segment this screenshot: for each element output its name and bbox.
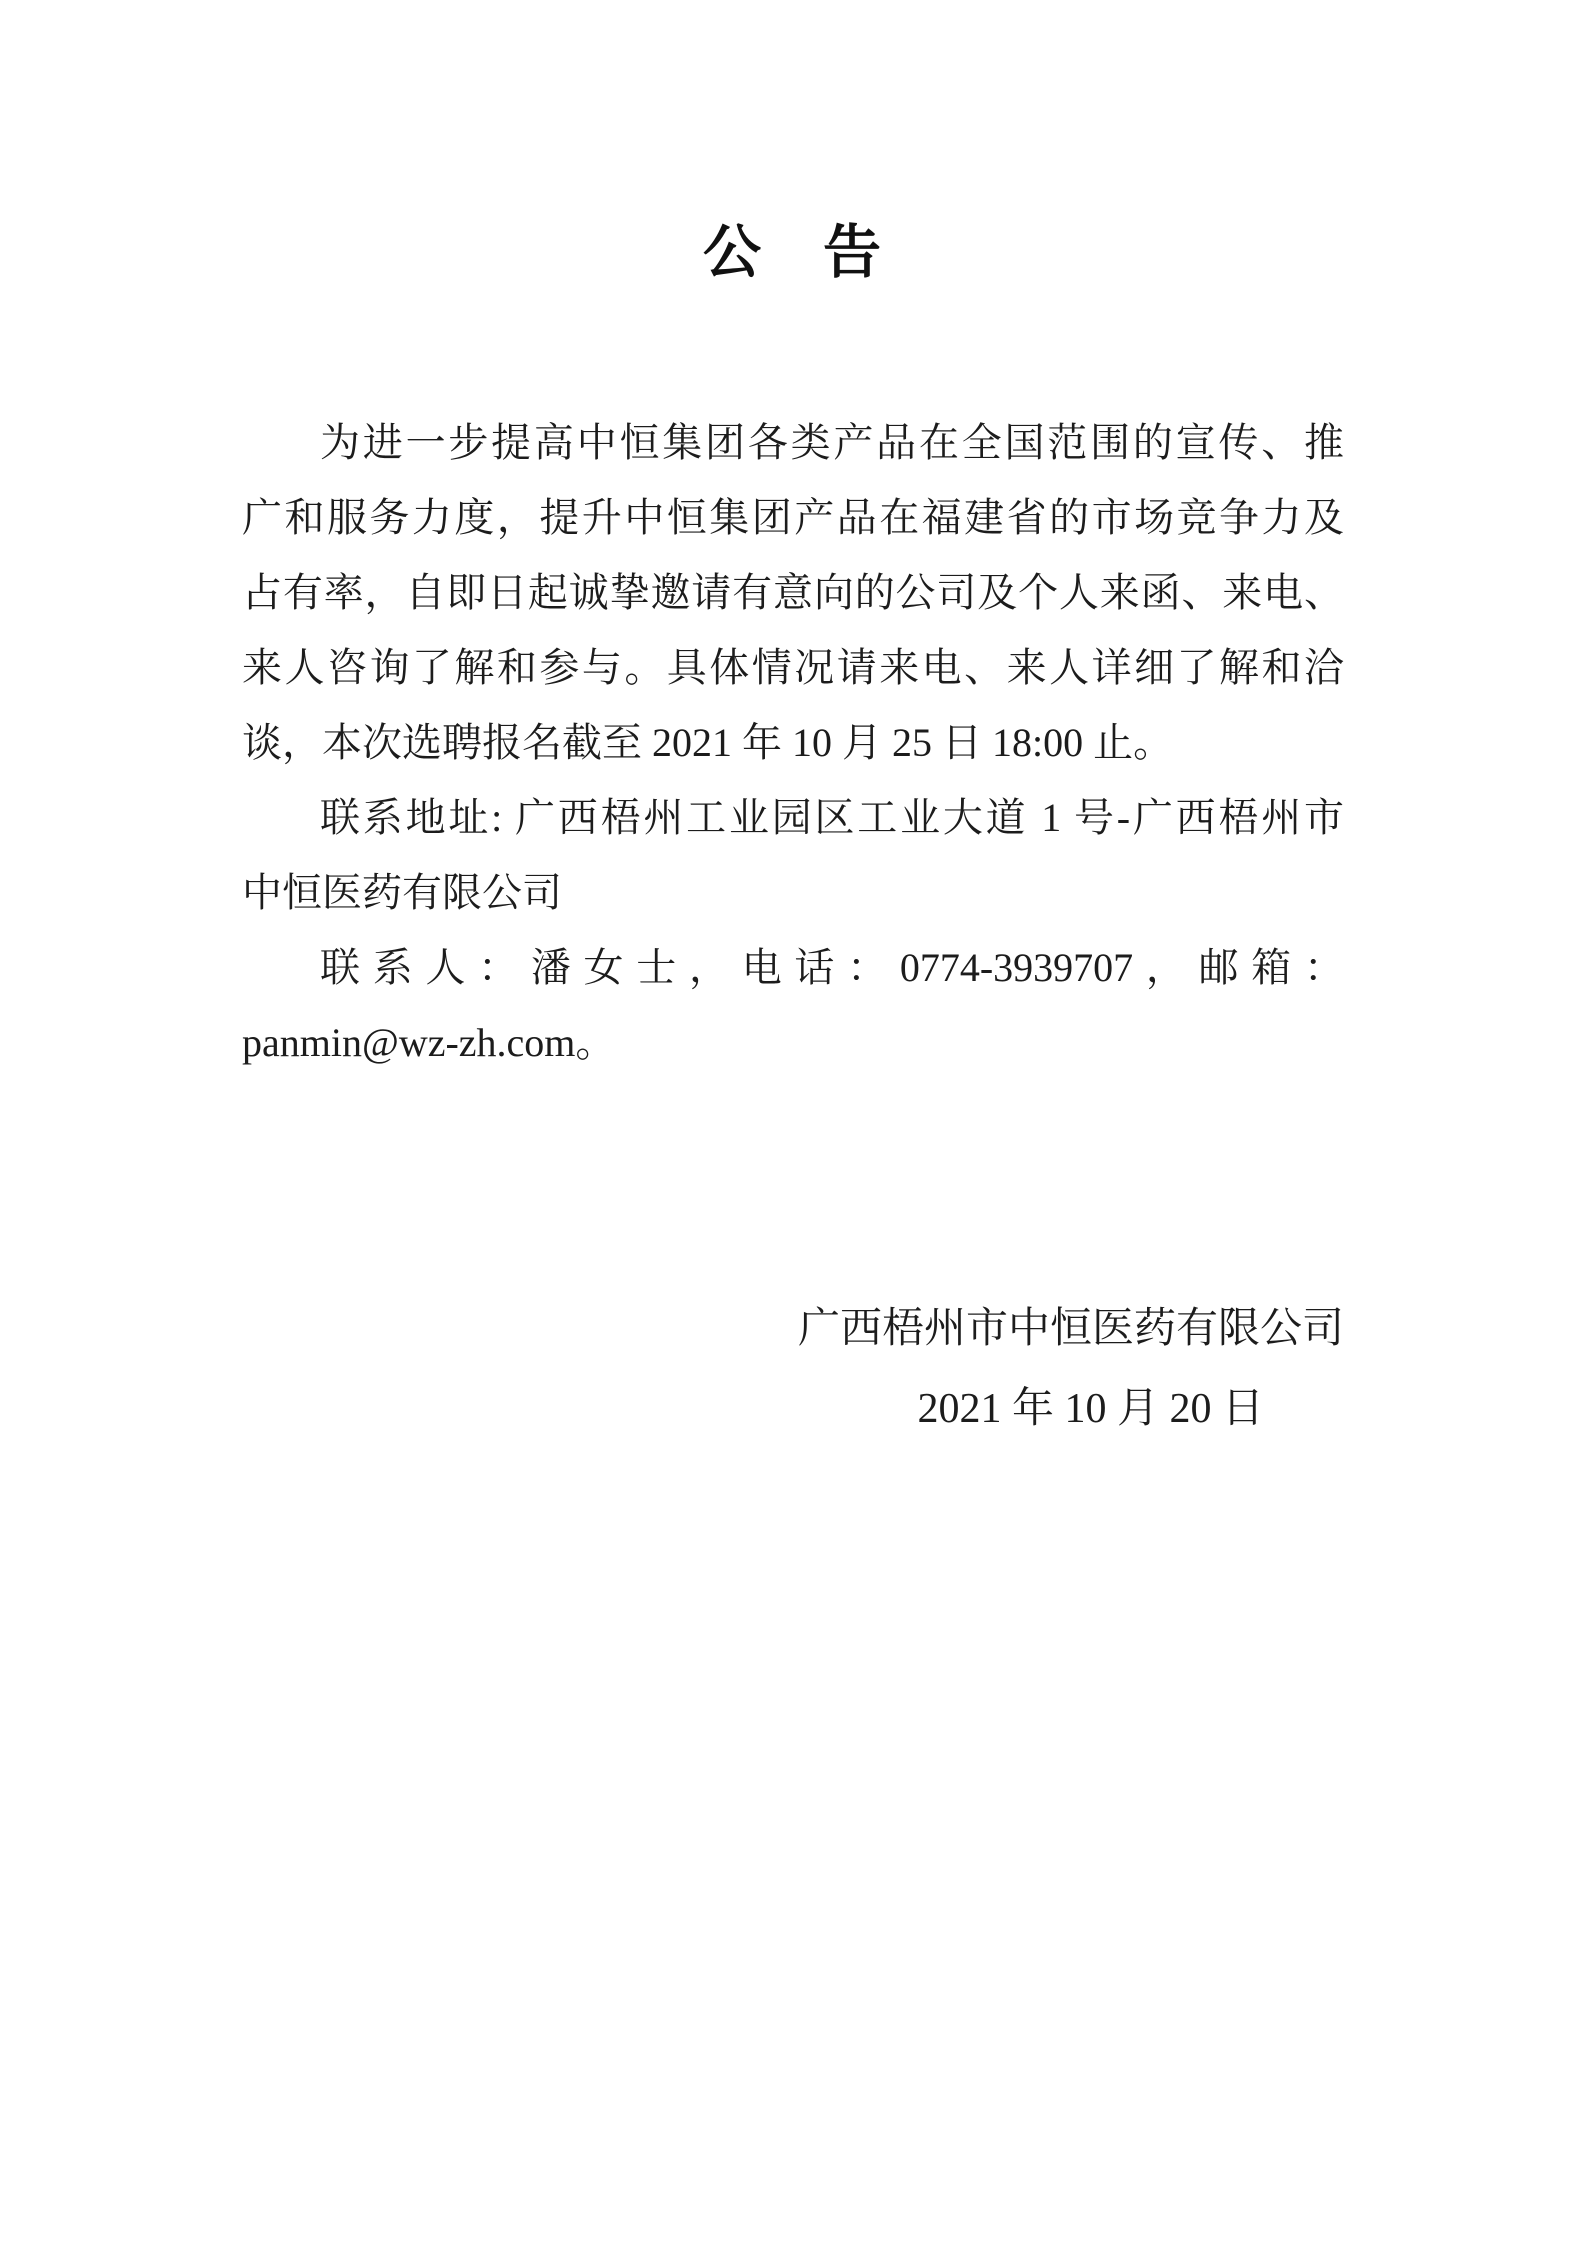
contact-address-line: 中恒医药有限公司: [242, 855, 1344, 930]
body-line: 来人咨询了解和参与。具体情况请来电、来人详细了解和洽: [242, 630, 1344, 705]
contact-address-line: 联系地址: 广西梧州工业园区工业大道 1 号-广西梧州市: [242, 780, 1344, 855]
body-line: 谈，本次选聘报名截至 2021 年 10 月 25 日 18:00 止。: [242, 705, 1344, 780]
body-line: 广和服务力度，提升中恒集团产品在福建省的市场竞争力及: [242, 480, 1344, 555]
announcement-page: 公 告 为进一步提高中恒集团各类产品在全国范围的宣传、推 广和服务力度，提升中恒…: [0, 0, 1586, 2245]
contact-paragraph: 联系人：潘女士，电话：0774-3939707，邮箱： panmin@wz-zh…: [242, 930, 1344, 1080]
contact-email-line: panmin@wz-zh.com。: [242, 1005, 1344, 1080]
intro-paragraph: 为进一步提高中恒集团各类产品在全国范围的宣传、推 广和服务力度，提升中恒集团产品…: [242, 405, 1344, 780]
body-line: 为进一步提高中恒集团各类产品在全国范围的宣传、推: [242, 405, 1344, 480]
document-body: 为进一步提高中恒集团各类产品在全国范围的宣传、推 广和服务力度，提升中恒集团产品…: [242, 405, 1344, 1080]
body-line: 占有率，自即日起诚挚邀请有意向的公司及个人来函、来电、: [242, 555, 1344, 630]
address-paragraph: 联系地址: 广西梧州工业园区工业大道 1 号-广西梧州市 中恒医药有限公司: [242, 780, 1344, 930]
signature-company: 广西梧州市中恒医药有限公司: [242, 1289, 1344, 1369]
page-title: 公 告: [242, 205, 1344, 289]
contact-person-line: 联系人：潘女士，电话：0774-3939707，邮箱：: [242, 930, 1344, 1005]
signature-block: 广西梧州市中恒医药有限公司 2021 年 10 月 20 日: [242, 1289, 1344, 1449]
signature-date: 2021 年 10 月 20 日: [242, 1369, 1344, 1449]
